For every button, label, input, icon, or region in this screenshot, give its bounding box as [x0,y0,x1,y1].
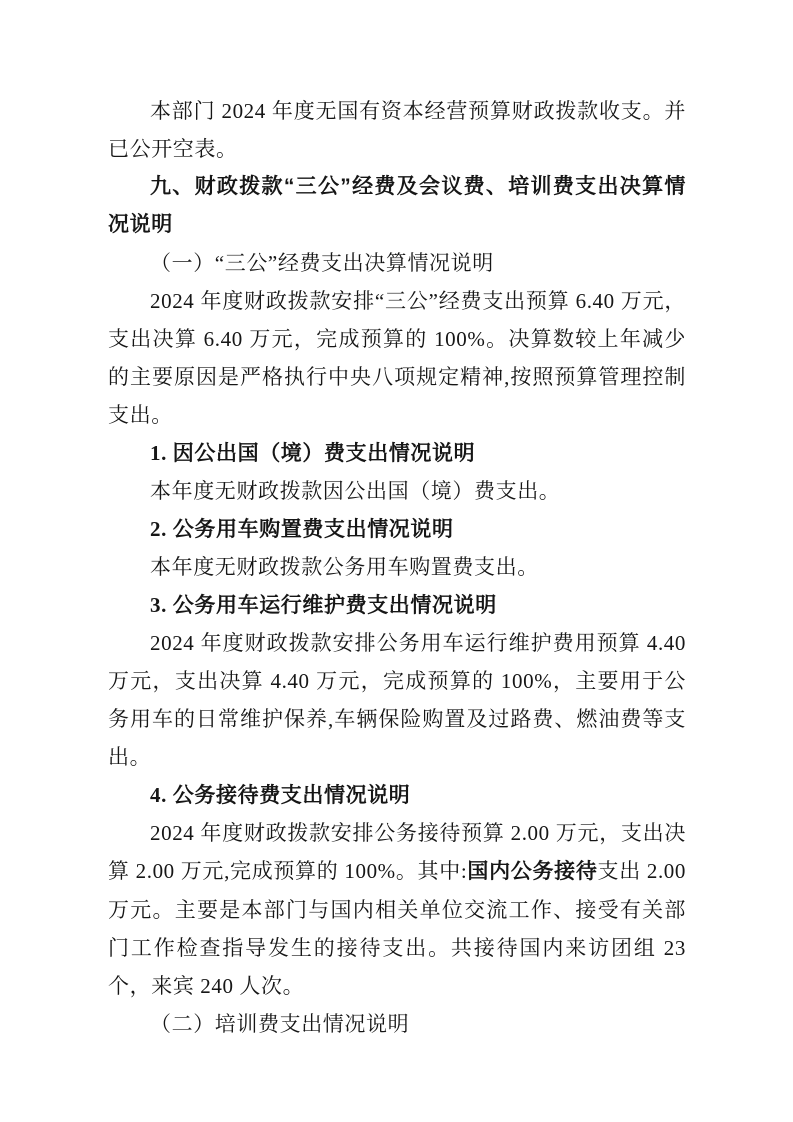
subsection-heading-one: （一）“三公”经费支出决算情况说明 [108,244,686,282]
subsection-heading-two-training-fee: （二）培训费支出情况说明 [108,1005,686,1043]
paragraph-official-reception-detail: 2024 年度财政拨款安排公务接待预算 2.00 万元，支出决算 2.00 万元… [108,814,686,1005]
document-body: 本部门 2024 年度无国有资本经营预算财政拨款收支。并已公开空表。 九、财政拨… [108,92,686,1043]
text-run-bold-domestic-reception: 国内公务接待 [467,860,597,883]
item-heading-3-vehicle-maintenance: 3. 公务用车运行维护费支出情况说明 [108,586,686,624]
paragraph-no-overseas-travel: 本年度无财政拨款因公出国（境）费支出。 [108,472,686,510]
section-heading-nine: 九、财政拨款“三公”经费及会议费、培训费支出决算情况说明 [108,168,686,244]
paragraph-vehicle-maintenance-detail: 2024 年度财政拨款安排公务用车运行维护费用预算 4.40 万元，支出决算 4… [108,624,686,776]
paragraph-no-state-capital-budget: 本部门 2024 年度无国有资本经营预算财政拨款收支。并已公开空表。 [108,92,686,168]
item-heading-1-overseas-travel: 1. 因公出国（境）费支出情况说明 [108,434,686,472]
paragraph-no-vehicle-purchase: 本年度无财政拨款公务用车购置费支出。 [108,548,686,586]
item-heading-2-vehicle-purchase: 2. 公务用车购置费支出情况说明 [108,510,686,548]
paragraph-three-public-funds: 2024 年度财政拨款安排“三公”经费支出预算 6.40 万元，支出决算 6.4… [108,282,686,434]
document-page: 本部门 2024 年度无国有资本经营预算财政拨款收支。并已公开空表。 九、财政拨… [0,0,793,1122]
item-heading-4-official-reception: 4. 公务接待费支出情况说明 [108,776,686,814]
